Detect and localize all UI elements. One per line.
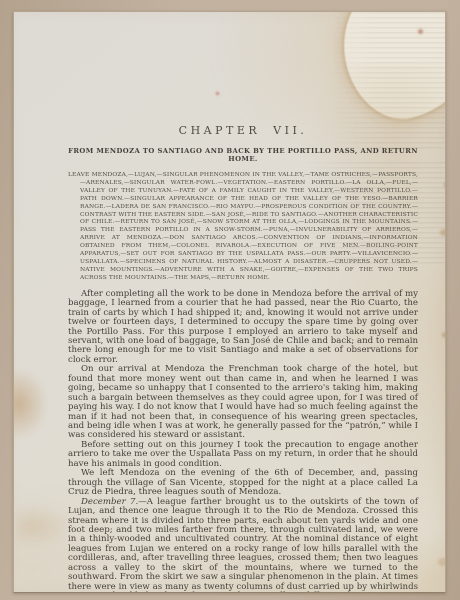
chapter-subtitle: FROM MENDOZA TO SANTIAGO AND BACK BY THE…	[68, 147, 418, 163]
body-text: After completing all the work to be done…	[68, 290, 418, 593]
paragraph-text: Before setting out on this journey I too…	[68, 440, 418, 469]
scanned-book-photo: { "colors": { "mat": "#c3b2a0", "mat-edg…	[0, 0, 460, 600]
chapter-synopsis: LEAVE MENDOZA,—LUJAN,—SINGULAR PHENOMENO…	[68, 172, 418, 283]
page-content: CHAPTER VII. FROM MENDOZA TO SANTIAGO AN…	[14, 12, 445, 592]
paragraph-text: After completing all the work to be done…	[68, 289, 418, 365]
paragraph: Before setting out on this journey I too…	[68, 441, 418, 469]
book-page: CHAPTER VII. FROM MENDOZA TO SANTIAGO AN…	[13, 11, 446, 593]
paragraph-text: We left Mendoza on the evening of the 6t…	[68, 468, 418, 497]
paragraph: After completing all the work to be done…	[68, 290, 418, 366]
chapter-heading: CHAPTER VII.	[68, 124, 418, 137]
paragraph-text: On our arrival at Mendoza the Frenchman …	[68, 364, 418, 440]
paragraph: On our arrival at Mendoza the Frenchman …	[68, 365, 418, 441]
paragraph: December 7.—A league farther brought us …	[68, 498, 418, 593]
paragraph: We left Mendoza on the evening of the 6t…	[68, 469, 418, 497]
paragraph-text: —A league farther brought us to the outs…	[68, 497, 418, 593]
